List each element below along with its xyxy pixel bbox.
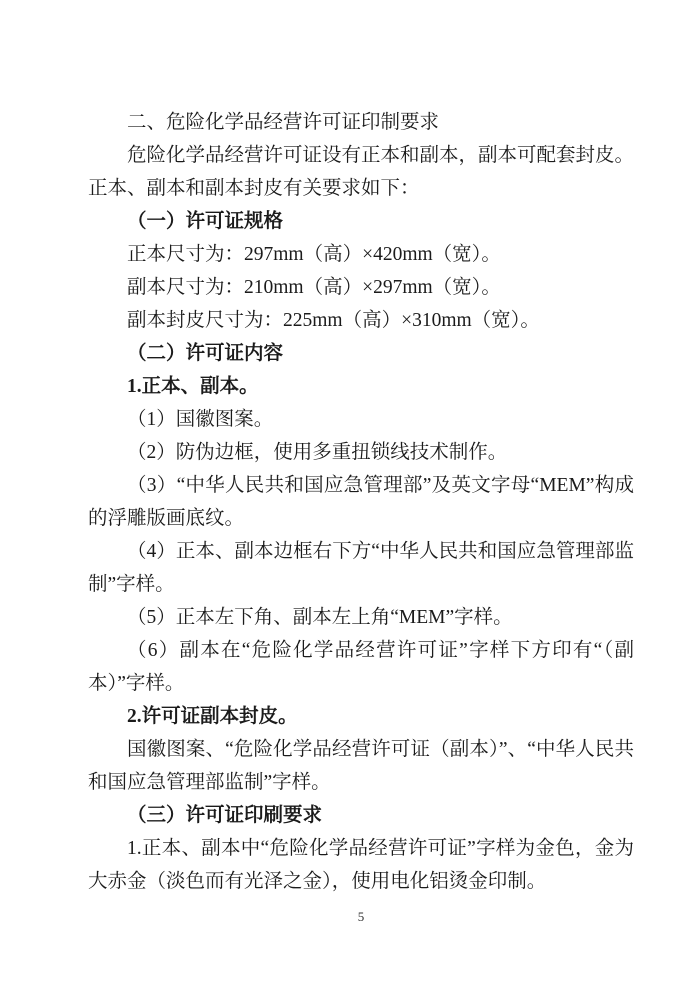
heading-paragraph: （一）许可证规格 bbox=[88, 205, 634, 238]
heading-paragraph: （二）许可证内容 bbox=[88, 337, 634, 370]
body-paragraph: （5）正本左下角、副本左上角“MEM”字样。 bbox=[88, 601, 634, 634]
body-paragraph: 副本封皮尺寸为：225mm（高）×310mm（宽）。 bbox=[88, 304, 634, 337]
body-paragraph: （3）“中华人民共和国应急管理部”及英文字母“MEM”构成的浮雕版画底纹。 bbox=[88, 469, 634, 535]
heading-paragraph: （三）许可证印刷要求 bbox=[88, 799, 634, 832]
document-body: 二、危险化学品经营许可证印制要求危险化学品经营许可证设有正本和副本，副本可配套封… bbox=[88, 106, 634, 898]
body-paragraph: 正本尺寸为：297mm（高）×420mm（宽）。 bbox=[88, 238, 634, 271]
body-paragraph: （2）防伪边框，使用多重扭锁线技术制作。 bbox=[88, 436, 634, 469]
heading-paragraph: 1.正本、副本。 bbox=[88, 370, 634, 403]
heading-paragraph: 2.许可证副本封皮。 bbox=[88, 700, 634, 733]
body-paragraph: （1）国徽图案。 bbox=[88, 403, 634, 436]
body-paragraph: 国徽图案、“危险化学品经营许可证（副本）”、“中华人民共和国应急管理部监制”字样… bbox=[88, 733, 634, 799]
body-paragraph: （6）副本在“危险化学品经营许可证”字样下方印有“（副本）”字样。 bbox=[88, 634, 634, 700]
body-paragraph: 1.正本、副本中“危险化学品经营许可证”字样为金色，金为大赤金（淡色而有光泽之金… bbox=[88, 832, 634, 898]
body-paragraph: （4）正本、副本边框右下方“中华人民共和国应急管理部监制”字样。 bbox=[88, 535, 634, 601]
body-paragraph: 危险化学品经营许可证设有正本和副本，副本可配套封皮。正本、副本和副本封皮有关要求… bbox=[88, 139, 634, 205]
page-footer: 5 bbox=[88, 908, 634, 926]
page-number: 5 bbox=[358, 909, 365, 924]
body-paragraph: 二、危险化学品经营许可证印制要求 bbox=[88, 106, 634, 139]
body-paragraph: 副本尺寸为：210mm（高）×297mm（宽）。 bbox=[88, 271, 634, 304]
